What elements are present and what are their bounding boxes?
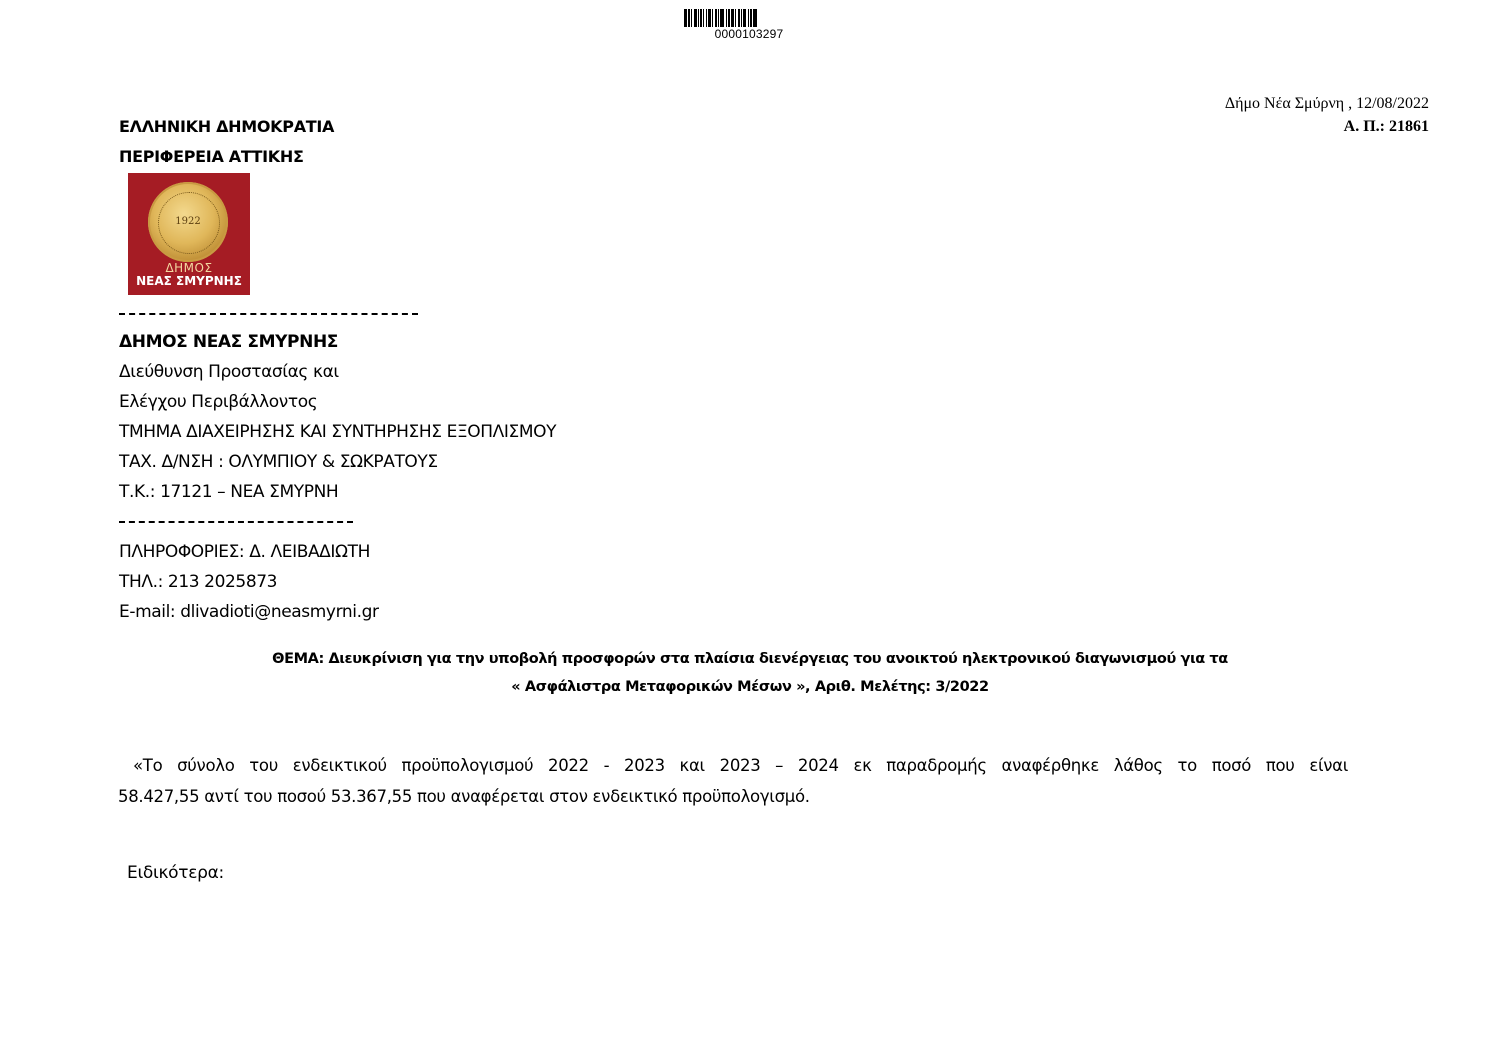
coin-emblem-icon: 1922 [148,182,228,262]
body-line1: «Το σύνολο του ενδεικτικού προϋπολογισμο… [118,750,1348,781]
date-block: Δήμο Νέα Σμύρνη , 12/08/2022 Α. Π.: 2186… [1225,92,1429,138]
postal-address: ΤΑΧ. Δ/ΝΣΗ : ΟΛΥΜΠΙΟΥ & ΣΩΚΡΑΤΟΥΣ [119,452,438,472]
subject-line1: ΘΕΜΑ: Διευκρίνιση για την υποβολή προσφο… [150,651,1350,667]
postal-code: Τ.Κ.: 17121 – ΝΕΑ ΣΜΥΡΝΗ [119,482,338,502]
contact-info: ΠΛΗΡΟΦΟΡΙΕΣ: Δ. ΛΕΙΒΑΔΙΩΤΗ [119,542,370,562]
directorate-line1: Διεύθυνση Προστασίας και [119,362,339,382]
region-heading: ΠΕΡΙΦΕΡΕΙΑ ΑΤΤΙΚΗΣ [119,147,304,166]
divider [119,313,418,315]
body-line2: 58.427,55 αντί του ποσού 53.367,55 που α… [118,781,1348,812]
logo-line2: ΝΕΑΣ ΣΜΥΡΝΗΣ [128,274,250,288]
contact-phone: ΤΗΛ.: 213 2025873 [119,572,277,592]
more-details-label: Ειδικότερα: [127,863,224,883]
directorate-line2: Ελέγχου Περιβάλλοντος [119,392,317,412]
logo-line1: ΔΗΜΟΣ [128,261,250,275]
barcode [684,9,814,27]
subject-line2: « Ασφάλιστρα Μεταφορικών Μέσων », Αριθ. … [150,679,1350,695]
logo-year: 1922 [148,216,228,227]
divider [119,521,353,523]
body-paragraph: «Το σύνολο του ενδεικτικού προϋπολογισμο… [118,750,1348,812]
place-date: Δήμο Νέα Σμύρνη , 12/08/2022 [1225,92,1429,115]
municipality-logo: 1922 ΔΗΜΟΣ ΝΕΑΣ ΣΜΥΡΝΗΣ [128,173,250,295]
republic-heading: ΕΛΛΗΝΙΚΗ ΔΗΜΟΚΡΑΤΙΑ [119,117,334,136]
contact-email[interactable]: E-mail: dlivadioti@neasmyrni.gr [119,602,379,622]
municipality-name: ΔΗΜΟΣ ΝΕΑΣ ΣΜΥΡΝΗΣ [119,332,338,352]
department: ΤΜΗΜΑ ΔΙΑΧΕΙΡΗΣΗΣ ΚΑΙ ΣΥΝΤΗΡΗΣΗΣ ΕΞΟΠΛΙΣ… [119,422,556,442]
protocol-number: Α. Π.: 21861 [1225,115,1429,138]
barcode-number: 0000103297 [684,27,814,41]
